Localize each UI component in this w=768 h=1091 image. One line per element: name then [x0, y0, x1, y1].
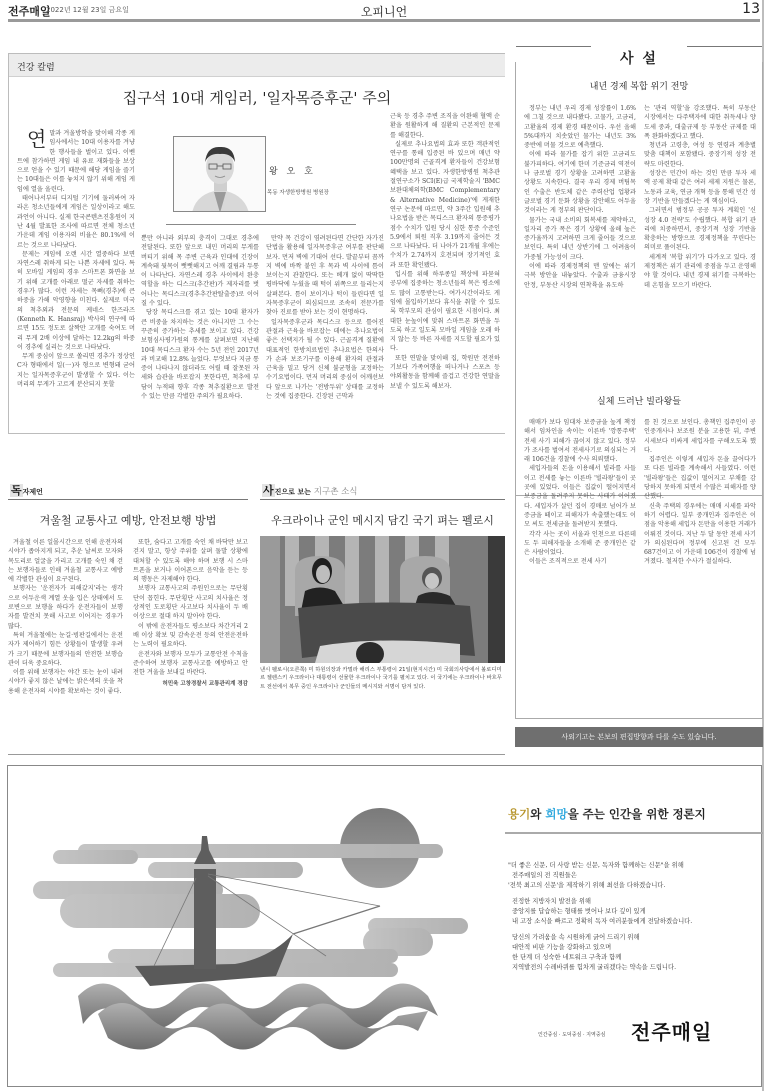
column-headline: 집구석 10대 게임러, '일자목증후군' 주의: [9, 87, 505, 108]
editorial1-col1: 정부는 내년 우리 경제 성장률이 1.6%에 그칠 것으로 내다봤다. 고물가…: [524, 104, 636, 290]
reader-section-label: 독자제언: [8, 482, 248, 500]
column-text-col1: 연 말과 겨울방학을 맞이해 각종 게임사에서는 10대 이용자를 겨냥한 행사…: [17, 129, 135, 389]
column-text-col4: 근육 등 경추 주변 조직을 이완해 혈액 순환을 원활하게 해 질환의 근본적…: [390, 112, 500, 391]
photo-headline: 우크라이나 군인 메시지 담긴 국기 펴는 펠로시: [260, 512, 505, 528]
editorial2-col1: 매매가 보다 임대차 보증금을 높게 책정해서 임차인을 속이는 이른바 '깡통…: [524, 418, 636, 567]
reader-suggestion: 독자제언 겨울철 교통사고 예방, 안전보행 방법 겨울철 이른 일몰시간으로 …: [8, 482, 248, 738]
masthead: 전주매일 2022년 12월 23일 금요일 오피니언 13: [8, 0, 760, 22]
section-title: 오피니언: [8, 3, 760, 20]
ad-divider: [505, 832, 763, 834]
dropcap: 연: [27, 129, 46, 149]
title-rule-left: [516, 46, 591, 47]
photo-flag-scene-icon: [260, 536, 505, 663]
ad-pledge-text: "더 좋은 신문, 더 사랑 받는 신문, 독자와 함께하는 신문"을 위해 전…: [508, 861, 692, 979]
page-number: 13: [742, 1, 760, 17]
author-title: 목동 자생한방병원 병원장: [267, 188, 329, 196]
editorial-headline-1: 내년 경제 복합 위기 전망: [516, 79, 762, 92]
column-tag: 건강 칼럼: [9, 54, 505, 77]
column-text-col3: 만약 목 건강이 염려된다면 간단한 자가진단법을 활용해 일자목증후군 여부를…: [266, 234, 384, 401]
author-divider: [166, 224, 356, 225]
reader-col2: 또한, 숨다고 고개를 숙인 채 바닥만 보고 걷지 말고, 항상 주위를 살펴…: [133, 538, 248, 687]
title-rule-right: [687, 46, 762, 47]
editorial2-col2: 를 친 것으로 보인다. 총책인 집주인이 공인중개사나 보조원 분을 고용한 …: [644, 418, 756, 567]
column-text-col2: 뿐만 아니라 외부의 충격이 그대로 경추에 전달된다. 또한 앞으로 내민 머…: [141, 234, 259, 401]
newspaper-self-ad: 용기와 희망을 주는 인간을 위한 정론지 "더 좋은 신문, 더 사랑 받는 …: [7, 765, 762, 1087]
reader-signature: 허민욱 고창경찰서 교통관리계 경감: [133, 679, 248, 687]
news-photo: [260, 536, 505, 663]
editorial-headline-2: 실체 드러난 빌라왕들: [516, 394, 762, 407]
ship-illustration-icon: [8, 766, 478, 1088]
author-name: 왕 오 호: [269, 164, 316, 177]
reader-headline: 겨울철 교통사고 예방, 안전보행 방법: [8, 512, 248, 528]
health-column: 건강 칼럼 집구석 10대 게임러, '일자목증후군' 주의 연 말과 겨울방학…: [8, 53, 505, 434]
ad-slogan: 용기와 희망을 주는 인간을 위한 정론지: [508, 806, 706, 822]
reader-col1: 겨울철 이른 일몰시간으로 인해 운전자의 시야가 좁아지게 되고, 추운 날씨…: [8, 538, 123, 696]
author-portrait-icon: [174, 137, 266, 212]
photo-caption: 낸시 펠로시(오른쪽) 미 하원의장과 카멀라 해리스 부통령이 21일(현지시…: [260, 666, 505, 691]
ad-logo: 전주매일: [631, 1016, 712, 1045]
photo-news: 사진으로 보는 지구촌 소식 우크라이나 군인 메시지 담긴 국기 펴는 펠로시: [260, 482, 505, 691]
ad-tagline: 인간중심 · 도덕중심 · 지역중심: [538, 1031, 606, 1038]
editorial-label: 사 설: [516, 48, 762, 68]
section-divider: [8, 754, 505, 755]
editorial-2: 실체 드러난 빌라왕들 매매가 보다 임대차 보증금을 높게 책정해서 임차인을…: [515, 496, 763, 719]
photo-section-label: 사진으로 보는 지구촌 소식: [260, 482, 505, 500]
author-photo: [173, 136, 266, 212]
contribution-disclaimer: 사외기고는 본보의 편집방향과 다를 수도 있습니다.: [515, 727, 763, 747]
editorial1-col2: 는 '관리 역할'을 강조했다. 특히 부동산 시장에서는 다주택자에 대한 취…: [644, 104, 756, 290]
